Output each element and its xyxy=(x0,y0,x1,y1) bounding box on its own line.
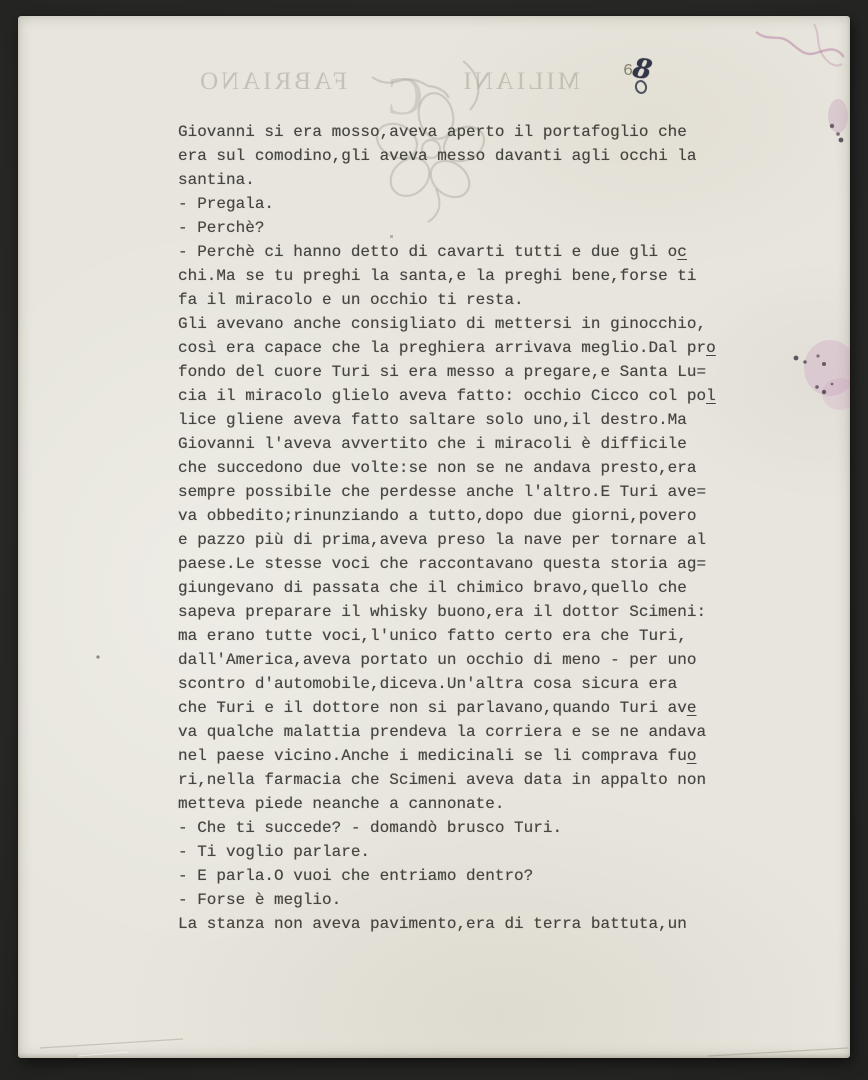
text-line: sapeva preparare il whisky buono,era il … xyxy=(178,600,753,624)
text-line: - Perchè? xyxy=(178,216,753,240)
text-line: va qualche malattia prendeva la corriera… xyxy=(178,720,753,744)
text-line: santina. xyxy=(178,168,753,192)
text-line: giungevano di passata che il chimico bra… xyxy=(178,576,753,600)
text-line: ri,nella farmacia che Scimeni aveva data… xyxy=(178,768,753,792)
text-line: - Forse è meglio. xyxy=(178,888,753,912)
text-line: Giovanni si era mosso,aveva aperto il po… xyxy=(178,120,753,144)
text-line: così era capace che la preghiera arrivav… xyxy=(178,336,753,360)
text-line: sempre possibile che perdesse anche l'al… xyxy=(178,480,753,504)
text-line: - Che ti succede? - domandò brusco Turi. xyxy=(178,816,753,840)
text-line: metteva piede neanche a cannonate. xyxy=(178,792,753,816)
text-line: ma erano tutte voci,l'unico fatto certo … xyxy=(178,624,753,648)
typewritten-text: Giovanni si era mosso,aveva aperto il po… xyxy=(178,120,753,936)
scan-background: MILIANI C FABRIANO 6 8 Giov xyxy=(0,0,868,1080)
text-line: paese.Le stesse voci che raccontavano qu… xyxy=(178,552,753,576)
text-line: - Pregala. xyxy=(178,192,753,216)
text-line: e pazzo più di prima,aveva preso la nave… xyxy=(178,528,753,552)
paper-crease xyxy=(40,1039,183,1048)
paper-speck xyxy=(96,655,99,658)
page-number: 6 8 xyxy=(618,54,688,114)
watermark-word-fabriano: FABRIANO xyxy=(197,68,347,96)
pink-blob-mid xyxy=(804,340,850,396)
text-line: - Perchè ci hanno detto di cavarti tutti… xyxy=(178,240,753,264)
text-line: dall'America,aveva portato un occhio di … xyxy=(178,648,753,672)
text-line: va obbedito;rinunziando a tutto,dopo due… xyxy=(178,504,753,528)
text-line: era sul comodino,gli aveva messo davanti… xyxy=(178,144,753,168)
text-line: che succedono due volte:se non se ne and… xyxy=(178,456,753,480)
pink-blob-upper xyxy=(828,99,848,133)
text-line: chi.Ma se tu preghi la santa,e la preghi… xyxy=(178,264,753,288)
document-page: MILIANI C FABRIANO 6 8 Giov xyxy=(18,16,850,1058)
text-line: Gli avevano anche consigliato di metters… xyxy=(178,312,753,336)
text-line: - Ti voglio parlare. xyxy=(178,840,753,864)
text-line: Giovanni l'aveva avvertito che i miracol… xyxy=(178,432,753,456)
text-line: fondo del cuore Turi si era messo a preg… xyxy=(178,360,753,384)
text-line: nel paese vicino.Anche i medicinali se l… xyxy=(178,744,753,768)
text-line: lice gliene aveva fatto saltare solo uno… xyxy=(178,408,753,432)
text-line: che Turi e il dottore non si parlavano,q… xyxy=(178,696,753,720)
text-line: La stanza non aveva pavimento,era di ter… xyxy=(178,912,753,936)
text-line: cia il miracolo glielo aveva fatto: occh… xyxy=(178,384,753,408)
pink-squiggle-stain xyxy=(756,32,844,57)
text-line: fa il miracolo e un occhio ti resta. xyxy=(178,288,753,312)
text-line: - E parla.O vuoi che entriamo dentro? xyxy=(178,864,753,888)
text-line: scontro d'automobile,diceva.Un'altra cos… xyxy=(178,672,753,696)
